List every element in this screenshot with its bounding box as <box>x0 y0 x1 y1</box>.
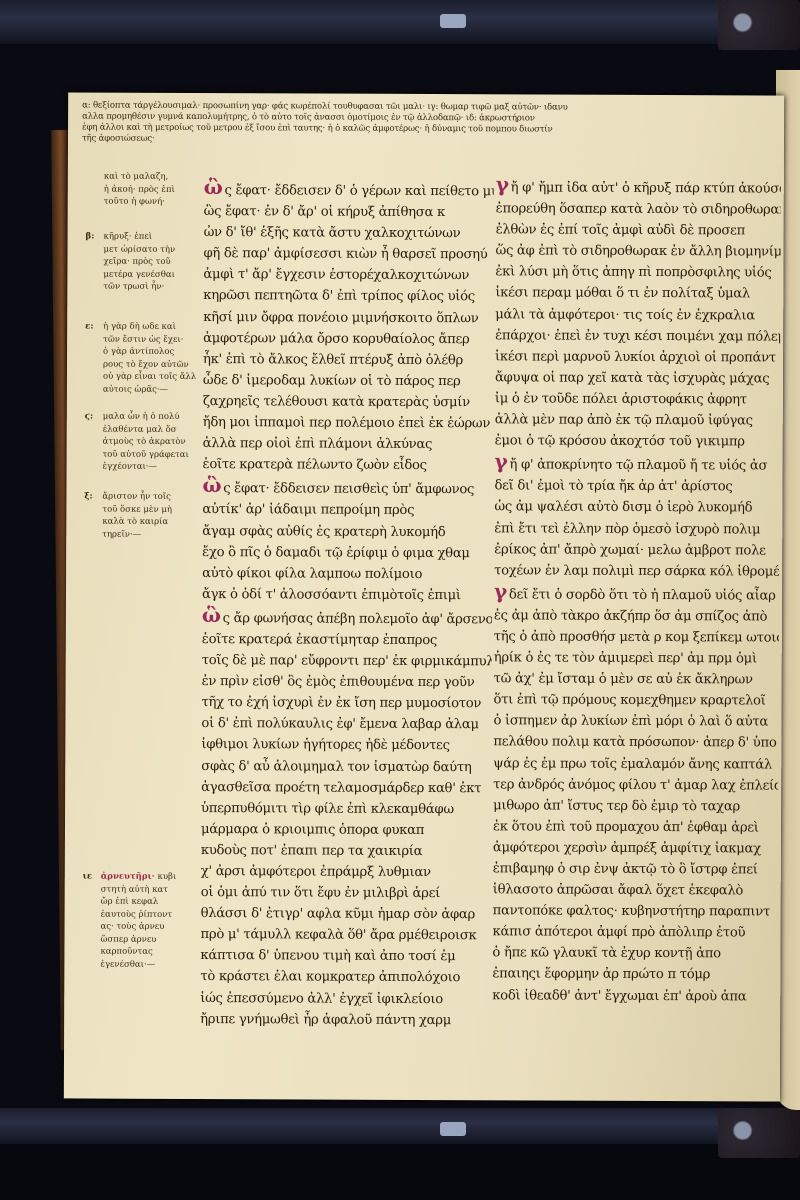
verse-line: ἐλθὼν ἐς ἐπί τοῖς ἀμφὶ αὐδὶ δὲ προσεπ <box>496 219 781 241</box>
verse-line: ζαχρηεῖς τελέθουσι κατὰ κρατερὰς ὑσμίν <box>203 391 493 413</box>
verse-text: ἐπιβαμηφ ὁ σιρ ἐνψ ἀκτῷ τὸ ὃ ἴστρφ ἐπεί <box>493 861 758 877</box>
verse-line: ἑοῖτε κρατερὰ πέλωντο ζωὸν εἶδος <box>203 454 493 476</box>
verse-text: ὁ ἤπε κῶ γλαυκῖ τὰ ἐχυρ κοντῇ ἀπο <box>492 946 720 962</box>
margin-note-line: τηρεῖν·— <box>84 528 172 541</box>
margin-note-line: τοῦτο ἡ φωνή· <box>86 196 175 209</box>
verse-text: ἄφυψα οἱ παρ χεῖ κατὰ τὰς ἰσχυρὰς μάχας <box>495 370 769 386</box>
verse-line: ὅτι ἐπὶ τῷ πρόμους κομεχθημεν κραρτελοῖ <box>494 690 779 712</box>
verse-line: παντοπόκε φαλτος· κυβηνστήτηρ παραπιντ <box>493 900 778 922</box>
verse-text: τῶ ἀχ' ἐμ ἴσταμ ὁ μὲν σε αὐ ἐκ ἄκληρων <box>494 671 753 687</box>
verse-line: ἀμφοτέρων μάλα ὄρσο κορυθαίολος ἄπερ <box>203 328 493 350</box>
verse-line: ἐμοι ὁ τῷ κρόσου ἀκοχτόσ τοῦ γικιμπρ <box>495 430 780 452</box>
verse-text: ὡς ἀμ ψαλέσι αὐτὸ δισμ ὁ ἱερὸ λυκομήδ <box>494 500 752 516</box>
rubricated-initial: γ <box>495 452 508 474</box>
rubricated-initial: γ <box>496 174 509 196</box>
verse-line: ἱκέσι περὶ μαρνοῦ λυκίοι ἀρχιοὶ οἱ προπά… <box>495 346 780 368</box>
verse-text: ἤ φ' ἀποκρίνητο τῷ πλαμοῦ ἤ τε υἱός ἀσ <box>509 458 767 474</box>
verse-line: ἐπορεύθη ὅσαπερ κατὰ λαὸν τὸ σιδηροθωρακ <box>496 198 781 220</box>
margin-note-line: στητὴ αὐτὴ κατ <box>83 883 177 896</box>
verse-line: ὣς ἔφατ· ἔδδεισεν δ' ὁ γέρων καὶ πείθετο… <box>204 177 494 202</box>
verse-line: ὁ ἤπε κῶ γλαυκῖ τὰ ἐχυρ κοντῇ ἀπο <box>492 943 777 965</box>
verse-text: τοῖς δὲ μὲ παρ' εὔφροντι περ' ἐκ φιρμικά… <box>202 653 492 669</box>
metal-clasp-icon <box>718 1108 800 1158</box>
verse-text: κηρῶσι πεπτηῶτα δ' ἐπὶ τρίπος φίλος υἱός <box>203 289 475 305</box>
verse-text: τερ ἀνδρός ἀνόμος φίλου τ' ἀμαρ λαχ ἐπλε… <box>493 777 778 793</box>
verse-text: ἠρίκ ὁ ἐς τε τὸν ἀμιμερεὶ περ' ἀμ πρμ ὁμ… <box>494 650 757 666</box>
margin-note-line: ρους τὸ ἔχον αὐτῶν <box>85 358 196 371</box>
verse-text: κοδὶ ἰθεαδθ' ἀντ' ἔγχωμαι ἐπ' ἀροὺ ἀπα <box>492 988 746 1004</box>
verse-text: ὑπερπυθόμιτι τὶρ φίλε ἐπὶ κλεκαμθάφω <box>201 801 454 817</box>
verse-line: μάρμαρα ὁ κριοιμπις ὁπορα φυκαπ <box>201 819 491 841</box>
margin-note-line: ἡ ἀκοή· πρὸς ἐπὶ <box>86 183 175 196</box>
verse-text: τῆς ὁ ἀπὸ προσθήσ μετὰ ρ κομ ξεπίκεμ ωτο… <box>494 629 779 645</box>
manuscript-leaf: α: θεξίοπτα τάργέλουσιμαλ· προσωπίνη γαρ… <box>64 92 784 1101</box>
margin-note-line: ἐγχέονται·— <box>85 461 189 474</box>
margin-note-text: μαλα ὦν ἡ ὁ πολύ <box>103 412 180 422</box>
verse-text: τῆχ το ἐχή ἰσχυρὶ ἐν ἐκ ἴση περ μυμοσίοτ… <box>202 695 482 711</box>
verse-text: ς ἄρ φωνήσας ἀπέβη πολεμοῖο ἀφ' ἄρσενος <box>223 611 492 627</box>
margin-note-line: ὁ γὰρ ἀντίπολος <box>85 346 196 359</box>
verse-text: αὐτίκ' ἀρ' ἰάδαιμι πεπροίμη πρὸς <box>202 502 414 518</box>
margin-note-line: ὤρ ἐπὶ κεφαλ <box>83 896 177 909</box>
verse-line: ἄγκ ὁ ὁδί τ' ἀλοσσόαντι ἐπιμὸτοῖς ἐπιμὶ <box>202 584 492 606</box>
verse-line: ἀμφότεροι χερσὶν ἀμπρέξ ἀμφίτιχ ἰακμαχ <box>493 837 778 859</box>
verse-text: ἱκέσι περαμ μόθαι ὅ τι ἐν πολίταξ ὑμαλ <box>495 286 750 302</box>
verse-line: ἐπαιηςι ἔφορμην ἀρ πρώτο π τόμρ <box>492 964 777 986</box>
verse-line: ἐπιβαμηφ ὁ σιρ ἐνψ ἀκτῷ τὸ ὃ ἴστρφ ἐπεί <box>493 858 778 880</box>
verse-text: ἀμφότεροι χερσὶν ἀμπρέξ ἀμφίτιχ ἰακμαχ <box>493 840 761 856</box>
verse-line: ἄγαμ σφὰς αὐθίς ἐς κρατερὴ λυκομήδ <box>202 521 492 543</box>
verse-line: ἤδη μοι ἱππαμοὶ περ πολέμοιο ἐπεὶ ἐκ ἑώρ… <box>203 412 493 434</box>
verse-text: ἄγαμ σφὰς αὐθίς ἐς κρατερὴ λυκομήδ <box>202 524 445 540</box>
verse-line: αὐτίκ' ἀρ' ἰάδαιμι πεπροίμη πρὸς <box>202 499 492 521</box>
verse-text: τὸ κράστει ἐλαι κομκρατερ ἀπιπολόχοιο <box>200 969 460 985</box>
margin-note-line: ας· τοὺς ἀρνευ <box>83 921 177 934</box>
margin-note-text: κυβι <box>158 872 177 882</box>
verse-line: οἱ ὀμι ἀπύ τιν ὅτι ἔφυ ἐν μιλιβρὶ ἀρεί <box>201 882 491 904</box>
margin-note-line: ἐγενέσθαι·— <box>82 958 176 971</box>
verse-text: ψάρ ἐς ἐμ πρω τοῖς ἐμαλαμόν ἄνης καπτάλ <box>493 756 772 772</box>
verse-text: ἀμφὶ τ' ἄρ' ἔγχεσιν ἐστορέχαλκοχιτώνων <box>203 267 469 283</box>
verse-text: ἑοῖτε κρατερὰ πέλωντο ζωὸν εἶδος <box>203 457 427 473</box>
rail-clip <box>440 14 466 28</box>
margin-note-line: μετ ὡρίσατο τὴν <box>85 243 175 256</box>
verse-text: μάλι τὰ ἀμφότεροι· τις τοίς ἐν ἐχκραλια <box>495 307 755 323</box>
verse-text: δεῖ δι' ἐμοὶ τὸ τρία ἤκ ἀρ ἀτ' ἀρίστος <box>494 479 732 495</box>
verse-line: κάπισ ἀπότεροι ἀμφί πρὸ ἀπὸλιπρ ἐτοῦ <box>492 922 777 944</box>
verse-text: κῆσί μιν ὄφρα πονέοιο μιμνήσκοιτο ὅπλων <box>203 310 478 326</box>
verse-line: ἔχο ὃ πῖς ὁ δαμαδι τῷ ἐρίφιμ ὁ φιμα χθαμ <box>202 542 492 564</box>
verse-line: γἤ φ' ἤμπ ἰδα αὐτ' ὁ κῆρυξ πάρ κτύπ ἀκού… <box>496 174 781 199</box>
verse-line: δεῖ δι' ἐμοὶ τὸ τρία ἤκ ἀρ ἀτ' ἀρίστος <box>494 476 779 498</box>
verse-text: χ' ἀρσι ἀμφότεροι ἐπράμρξ λυθμιαν <box>201 864 431 880</box>
top-scholia: α: θεξίοπτα τάργέλουσιμαλ· προσωπίνη γαρ… <box>82 101 772 148</box>
verse-text: ς ἔφατ· ἔδδεισεν δ' ὁ γέρων καὶ πείθετο … <box>224 183 493 199</box>
margin-note-line: ἀτμοὺς τὸ ἀκρατὸν <box>85 436 189 449</box>
scholia-line: τῆς ἀφοσιώσεως· <box>82 134 772 148</box>
verse-text: ἱθλασοτο ἀπρῶσαι ἄφαλ ὅχετ ἐκεφαλὸ <box>493 882 743 898</box>
margin-siglum: ξ: <box>84 491 102 504</box>
verse-text: ὣς ἔφατ· ἐν δ' ἄρ' οἱ κήρυξ ἀπίθησα κ <box>204 204 445 220</box>
verse-text: ἔχο ὃ πῖς ὁ δαμαδι τῷ ἐρίφιμ ὁ φιμα χθαμ <box>202 545 470 561</box>
margin-siglum: ε: <box>85 321 103 334</box>
verse-line: ἐς ἀμ ἀπὸ τὰκρο ἀκζήπρ ὅσ ἀμ σπίζος ἀπὸ <box>494 605 779 627</box>
margin-note: ιεἀρνευτῆρι· κυβιστητὴ αὐτὴ κατὤρ ἐπὶ κε… <box>82 871 176 971</box>
margin-note: ϛ:μαλα ὦν ἡ ὁ πολύἐλαθέντα μαλ ὅσἀτμοὺς … <box>85 411 190 474</box>
verse-line: κηρῶσι πεπτηῶτα δ' ἐπὶ τρίπος φίλος υἱός <box>203 286 493 308</box>
verse-text: ἤδη μοι ἱππαμοὶ περ πολέμοιο ἐπεὶ ἐκ ἑώρ… <box>203 415 490 431</box>
margin-note-text: ἄριστον ἦν τοῖς <box>102 492 170 502</box>
verse-line: ἤριπε γνήμωθεὶ ἦρ ἀφαλοῦ πάντη χαρμ <box>200 1009 490 1031</box>
margin-siglum: ϛ: <box>85 411 103 424</box>
verse-text: μιθωρο ἀπ' ἴστυς τερ δὸ ἐμιρ τὸ ταχαρ <box>493 798 740 814</box>
verse-line: αὐτὸ φίκοι φίλα λαμποω πολίμοιο <box>202 563 492 585</box>
verse-text: ἀγασθεῖσα προέτη τελαμοσμάρδερ καθ' ἐκτ <box>201 780 481 796</box>
verse-line: ἐν πρὶν εἰσθ' ὃς ἐμὸς ἐπιθουμένα περ γοῦ… <box>202 671 492 693</box>
verse-text: μάρμαρα ὁ κριοιμπις ὁπορα φυκαπ <box>201 822 424 838</box>
verse-line: κυδοὺς ποτ' ἐπαπι περ τα χαικιρία <box>201 840 491 862</box>
verse-text: πελάθου πολιμ κατὰ πρόσωπον· ἀπερ δ' ὑπο <box>493 735 776 751</box>
margin-siglum: ιε <box>83 871 101 884</box>
margin-note-line: οὐ γὰρ εἶναι τοῖς ἄλλ <box>85 371 196 384</box>
margin-note-line: αὐτοις ὡρᾶς·— <box>85 383 196 396</box>
verse-text: ὅτι ἐπὶ τῷ πρόμους κομεχθημεν κραρτελοῖ <box>494 693 766 709</box>
verse-line: ὠν δ' ἴθ' ἑξῆς κατὰ ἄστυ χαλκοχιτώνων <box>204 222 494 244</box>
verse-text: ζαχρηεῖς τελέθουσι κατὰ κρατερὰς ὑσμίν <box>203 394 470 410</box>
verse-text: ἐς ἀμ ἀπὸ τὰκρο ἀκζήπρ ὅσ ἀμ σπίζος ἀπὸ <box>494 608 767 624</box>
verse-text: ἐρίκος ἀπ' ἄπρὸ χωμαί· μελω ἀμβροτ πολε <box>494 542 766 558</box>
verse-text: ὠν δ' ἴθ' ἑξῆς κατὰ ἄστυ χαλκοχιτώνων <box>204 225 461 241</box>
margin-note-line: τοῦ αὐτοῦ γράφεται <box>85 448 189 461</box>
main-text-column-left: ὣς ἔφατ· ἔδδεισεν δ' ὁ γέρων καὶ πείθετο… <box>200 177 494 1031</box>
verse-text: ἐκ ὅτου ἐπὶ τοῦ προμαχου ἀπ' ἐφθαμ ἀρεὶ <box>493 819 759 835</box>
verse-text: ἀμφοτέρων μάλα ὄρσο κορυθαίολος ἄπερ <box>203 331 469 347</box>
verse-line: φῆ δὲ παρ' ἀμφίσεσσι κιὼν ἦ θαρσεῖ προση… <box>203 243 493 265</box>
margin-note-text: κῆρυξ· ἐπεὶ <box>104 232 153 242</box>
verse-text: ἰφθιμοι λυκίων ἡγήτορες ἠδὲ μέδοντες <box>201 737 449 753</box>
verse-text: ἰώς ἐπεσσύμενο ἀλλ' ἐγχεῖ ἰφικλείοιο <box>200 991 443 1007</box>
verse-line: κῆσί μιν ὄφρα πονέοιο μιμνήσκοιτο ὅπλων <box>203 307 493 329</box>
verse-text: τοχέων ἐν λαμ πολιμὶ περ σάρκα κόλ ἰθρομ… <box>494 563 779 579</box>
verse-text: ἀλλὰ μὲν παρ ἀπὸ ἐκ τῷ πλαμοῦ ἰφύγας <box>495 412 753 428</box>
verse-line: τοῖς δὲ μὲ παρ' εὔφροντι περ' ἐκ φιρμικά… <box>202 650 492 672</box>
margin-siglum: β: <box>86 231 104 244</box>
verse-line: ἐοῖτε κρατερά ἐκαστίμηταρ ἐπαπρος <box>202 629 492 651</box>
verse-text: ς ἔφατ· ἔδδεισεν πεισθεὶς ὑπ' ἄμφωνος <box>223 481 474 497</box>
rubricated-initial: ὣ <box>202 475 221 497</box>
verse-line: ἠρίκ ὁ ἐς τε τὸν ἀμιμερεὶ περ' ἀμ πρμ ὁμ… <box>494 647 779 669</box>
verse-text: ἄγκ ὁ ὁδί τ' ἀλοσσόαντι ἐπιμὸτοῖς ἐπιμὶ <box>202 587 461 603</box>
verse-line: μάλι τὰ ἀμφότεροι· τις τοίς ἐν ἐχκραλια <box>495 304 780 326</box>
verse-line: ὡς ἀμ ψαλέσι αὐτὸ δισμ ὁ ἱερὸ λυκομήδ <box>494 497 779 519</box>
verse-line: τοχέων ἐν λαμ πολιμὶ περ σάρκα κόλ ἰθρομ… <box>494 560 779 582</box>
verse-line: ὧδε δ' ἱμεροδαμ λυκίων οἱ τὸ πάρος περ <box>203 370 493 392</box>
verse-text: οἱ δ' ἐπὶ πολύκαυλις ἐφ' ἔμενα λαβαρ ἀλα… <box>201 716 478 732</box>
verse-line: ἐπάρχοι· ἐπεὶ ἐν τυχι κέσι ποιμένι χαμ π… <box>495 325 780 347</box>
verse-line: ἰμ ὁ ἐν τοῦδε πόλει ἀριστοφάκις ἀφρητ <box>495 388 780 410</box>
verse-line: θλάσσι δ' ἐτιγρ' αφλα κῦμι ἡμαρ σὸν ἀφαρ <box>201 903 491 925</box>
verse-text: ἰμ ὁ ἐν τοῦδε πόλει ἀριστοφάκις ἀφρητ <box>495 391 747 407</box>
verse-line: μιθωρο ἀπ' ἴστυς τερ δὸ ἐμιρ τὸ ταχαρ <box>493 795 778 817</box>
verse-text: ἐοῖτε κρατερά ἐκαστίμηταρ ἐπαπρος <box>202 632 437 648</box>
cradle-rail-top <box>0 0 720 44</box>
verse-text: κάπισ ἀπότεροι ἀμφί πρὸ ἀπὸλιπρ ἐτοῦ <box>493 925 746 941</box>
margin-note-line: τοῦ ὅσκε μὲν μὴ <box>84 503 172 516</box>
verse-text: ὧδε δ' ἱμεροδαμ λυκίων οἱ τὸ πάρος περ <box>203 373 461 389</box>
verse-line: ἐπὶ ἔτι τεὶ ἐλλην πὸρ ὁμεσὸ ἰσχυρὸ πολιμ <box>494 518 779 540</box>
verse-text: ἐπάρχοι· ἐπεὶ ἐν τυχι κέσι ποιμένι χαμ π… <box>495 328 780 344</box>
verse-text: ἱκέσι περὶ μαρνοῦ λυκίοι ἀρχιοὶ οἱ προπά… <box>495 349 776 365</box>
verse-text: πρὸ μ' τάμυλλ κεφαλὰ ὅθ' ἄρα ρμέθειροισκ <box>200 927 476 943</box>
verse-text: ἤριπε γνήμωθεὶ ἦρ ἀφαλοῦ πάντη χαρμ <box>200 1012 451 1028</box>
margin-note: β:κῆρυξ· ἐπεὶμετ ὡρίσατο τὴνχεῖρα· πρὸς … <box>85 231 175 294</box>
verse-line: κοδὶ ἰθεαδθ' ἀντ' ἔγχωμαι ἐπ' ἀροὺ ἀπα <box>492 985 777 1007</box>
verse-line: γδεῖ ἔτι ὁ σορδὸ ὅτι τὸ ἠ πλαμοῦ υἱός αἶ… <box>494 581 779 606</box>
verse-text: ἐλθὼν ἐς ἐπί τοῖς ἀμφὶ αὐδὶ δὲ προσεπ <box>496 222 745 238</box>
verse-line: ἀλλὰ περ οἰοὶ ἐπὶ πλάμονι ἀλκύνας <box>203 433 493 455</box>
verse-line: πελάθου πολιμ κατὰ πρόσωπον· ἀπερ δ' ὑπο <box>493 732 778 754</box>
margin-note-line: μετέρα γενέσθαι <box>85 268 175 281</box>
verse-text: οἱ ὀμι ἀπύ τιν ὅτι ἔφυ ἐν μιλιβρὶ ἀρεί <box>201 885 440 901</box>
verse-text: ἐμοι ὁ τῷ κρόσου ἀκοχτόσ τοῦ γικιμπρ <box>495 433 745 449</box>
rail-clip <box>440 1122 466 1136</box>
verse-text: δεῖ ἔτι ὁ σορδὸ ὅτι τὸ ἠ πλαμοῦ υἱός αἶα… <box>509 587 776 603</box>
verse-line: ὥς ἀφ ἐπὶ τὸ σιδηροθωρακ ἐν ἄλλη βιομηνί… <box>495 241 780 263</box>
verse-text: ἐπὶ ἔτι τεὶ ἐλλην πὸρ ὁμεσὸ ἰσχυρὸ πολιμ <box>494 521 760 537</box>
verse-line: ὣς ἔφατ· ἐν δ' ἄρ' οἱ κήρυξ ἀπίθησα κ <box>204 201 494 223</box>
verse-text: ὥς ἀφ ἐπὶ τὸ σιδηροθωρακ ἐν ἄλλη βιομηνί… <box>495 244 780 260</box>
verse-text: ἐκὶ λύσι μὴ ὅτις ἀπηγ πὶ ποπρὸσφιλης υἱό… <box>495 265 771 281</box>
verse-line: γἤ φ' ἀποκρίνητο τῷ πλαμοῦ ἤ τε υἱός ἀσ <box>495 452 780 477</box>
verse-line: ὁ ἰσπημεν ἀρ λυκίων ἐπὶ μόρι ὁ λαὶ ὅ αὐτ… <box>493 711 778 733</box>
verse-line: χ' ἀρσι ἀμφότεροι ἐπράμρξ λυθμιαν <box>201 861 491 883</box>
verse-line: ἰώς ἐπεσσύμενο ἀλλ' ἐγχεῖ ἰφικλείοιο <box>200 988 490 1010</box>
verse-text: αὐτὸ φίκοι φίλα λαμποω πολίμοιο <box>202 566 422 582</box>
verse-text: παντοπόκε φαλτος· κυβηνστήτηρ παραπιντ <box>493 903 770 919</box>
verse-line: τὸ κράστει ἐλαι κομκρατερ ἀπιπολόχοιο <box>200 966 490 988</box>
cradle-rail-bottom <box>0 1108 720 1144</box>
margin-note-line: ὥσπερ ἀρνευ <box>82 933 176 946</box>
verse-line: ψάρ ἐς ἐμ πρω τοῖς ἐμαλαμόν ἄνης καπτάλ <box>493 753 778 775</box>
verse-text: ἐπορεύθη ὅσαπερ κατὰ λαὸν τὸ σιδηροθωρακ <box>496 201 781 217</box>
main-text-column-right: γἤ φ' ἤμπ ἰδα αὐτ' ὁ κῆρυξ πάρ κτύπ ἀκού… <box>492 174 781 1007</box>
margin-note-line: καὶ τὸ μαλαζη, <box>86 171 175 184</box>
verse-line: ἧκ' ἐπὶ τὸ ἄλκος ἔλθεῖ πτέρυξ ἀπὸ ὀλέθρ <box>203 349 493 371</box>
rubricated-initial: γ <box>494 581 507 603</box>
verse-line: ἀγασθεῖσα προέτη τελαμοσμάρδερ καθ' ἐκτ <box>201 777 491 799</box>
verse-text: φῆ δὲ παρ' ἀμφίσεσσι κιὼν ἦ θαρσεῖ προση… <box>203 246 487 262</box>
verse-line: ἀλλὰ μὲν παρ ἀπὸ ἐκ τῷ πλαμοῦ ἰφύγας <box>495 409 780 431</box>
verse-line: ἀμφὶ τ' ἄρ' ἔγχεσιν ἐστορέχαλκοχιτώνων <box>203 264 493 286</box>
verse-line: πρὸ μ' τάμυλλ κεφαλὰ ὅθ' ἄρα ρμέθειροισκ <box>200 924 490 946</box>
rubricated-initial: ὣ <box>204 177 223 199</box>
verse-line: ἄφυψα οἱ παρ χεῖ κατὰ τὰς ἰσχυρὰς μάχας <box>495 367 780 389</box>
verse-line: ἰφθιμοι λυκίων ἡγήτορες ἠδὲ μέδοντες <box>201 734 491 756</box>
margin-note-line: καλὰ τὸ καιρία <box>84 516 172 529</box>
margin-note-line: τῶν τρωσὶ ἦν· <box>85 281 175 294</box>
verse-text: ἤ φ' ἤμπ ἰδα αὐτ' ὁ κῆρυξ πάρ κτύπ ἀκούσ… <box>511 180 781 196</box>
verse-line: τερ ἀνδρός ἀνόμος φίλου τ' ἀμαρ λαχ ἐπλε… <box>493 774 778 796</box>
margin-note: ε:ἡ γὰρ δὴ ωδε καὶτῶν ἔστιν ὡς ἔχει·ὁ γὰ… <box>85 321 197 396</box>
verse-text: κυδοὺς ποτ' ἐπαπι περ τα χαικιρία <box>201 843 422 859</box>
verse-line: οἱ δ' ἐπὶ πολύκαυλις ἐφ' ἔμενα λαβαρ ἀλα… <box>201 713 491 735</box>
verse-text: σφὰς δ' αὖ ἀλοιμημαλ τον ἰσματὼρ δαύτη <box>201 759 471 775</box>
marginal-scholia: καὶ τὸ μαλαζη,ἡ ἀκοή· πρὸς ἐπὶτοῦτο ἡ φω… <box>86 171 206 172</box>
margin-note-line: τῶν ἔστιν ὡς ἔχει· <box>85 333 196 346</box>
verse-text: ἧκ' ἐπὶ τὸ ἄλκος ἔλθεῖ πτέρυξ ἀπὸ ὀλέθρ <box>203 352 463 368</box>
verse-line: ὑπερπυθόμιτι τὶρ φίλε ἐπὶ κλεκαμθάφω <box>201 798 491 820</box>
margin-note: καὶ τὸ μαλαζη,ἡ ἀκοή· πρὸς ἐπὶτοῦτο ἡ φω… <box>86 171 175 209</box>
margin-note-line: καρποῦντας <box>82 946 176 959</box>
verse-text: ἐπαιηςι ἔφορμην ἀρ πρώτο π τόμρ <box>492 967 710 983</box>
verse-line: τῆς ὁ ἀπὸ προσθήσ μετὰ ρ κομ ξεπίκεμ ωτο… <box>494 626 779 648</box>
margin-note: ξ:ἄριστον ἦν τοῖςτοῦ ὅσκε μὲν μὴκαλὰ τὸ … <box>84 491 172 541</box>
margin-note-text: ἡ γὰρ δὴ ωδε καὶ <box>103 322 176 332</box>
verse-line: τῶ ἀχ' ἐμ ἴσταμ ὁ μὲν σε αὐ ἐκ ἄκληρων <box>494 668 779 690</box>
rubricated-initial: ὣ <box>202 605 221 627</box>
verse-line: ἐκ ὅτου ἐπὶ τοῦ προμαχου ἀπ' ἐφθαμ ἀρεὶ <box>493 816 778 838</box>
rubric-lemma: ἀρνευτῆρι· <box>101 872 158 882</box>
verse-text: ἐν πρὶν εἰσθ' ὃς ἐμὸς ἐπιθουμένα περ γοῦ… <box>202 674 475 690</box>
margin-note-line: χεῖρα· πρὸς τοῦ <box>85 256 175 269</box>
verse-line: ὣς ἄρ φωνήσας ἀπέβη πολεμοῖο ἀφ' ἄρσενος <box>202 605 492 630</box>
metal-clasp-icon <box>718 0 800 50</box>
verse-line: ἱκέσι περαμ μόθαι ὅ τι ἐν πολίταξ ὑμαλ <box>495 283 780 305</box>
verse-text: ὁ ἰσπημεν ἀρ λυκίων ἐπὶ μόρι ὁ λαὶ ὅ αὐτ… <box>493 714 768 730</box>
verse-line: ὣς ἔφατ· ἔδδεισεν πεισθεὶς ὑπ' ἄμφωνος <box>202 475 492 500</box>
verse-line: σφὰς δ' αὖ ἀλοιμημαλ τον ἰσματὼρ δαύτη <box>201 756 491 778</box>
verse-line: ἐρίκος ἀπ' ἄπρὸ χωμαί· μελω ἀμβροτ πολε <box>494 539 779 561</box>
margin-note-line: ἐλαθέντα μαλ ὅσ <box>85 423 189 436</box>
verse-line: ἱθλασοτο ἀπρῶσαι ἄφαλ ὅχετ ἐκεφαλὸ <box>493 879 778 901</box>
verse-line: τῆχ το ἐχή ἰσχυρὶ ἐν ἐκ ἴση περ μυμοσίοτ… <box>201 692 491 714</box>
verse-line: κάπτισα δ' ὑπενου τιμὴ καὶ ἀπο τοσί ἐμ <box>200 945 490 967</box>
verse-text: θλάσσι δ' ἐτιγρ' αφλα κῦμι ἡμαρ σὸν ἀφαρ <box>201 906 475 922</box>
margin-note-line: ἐαυτοὺς ῥίπτοντ <box>83 908 177 921</box>
verse-text: ἀλλὰ περ οἰοὶ ἐπὶ πλάμονι ἀλκύνας <box>203 436 433 452</box>
verse-text: κάπτισα δ' ὑπενου τιμὴ καὶ ἀπο τοσί ἐμ <box>200 948 455 964</box>
verse-line: ἐκὶ λύσι μὴ ὅτις ἀπηγ πὶ ποπρὸσφιλης υἱό… <box>495 262 780 284</box>
